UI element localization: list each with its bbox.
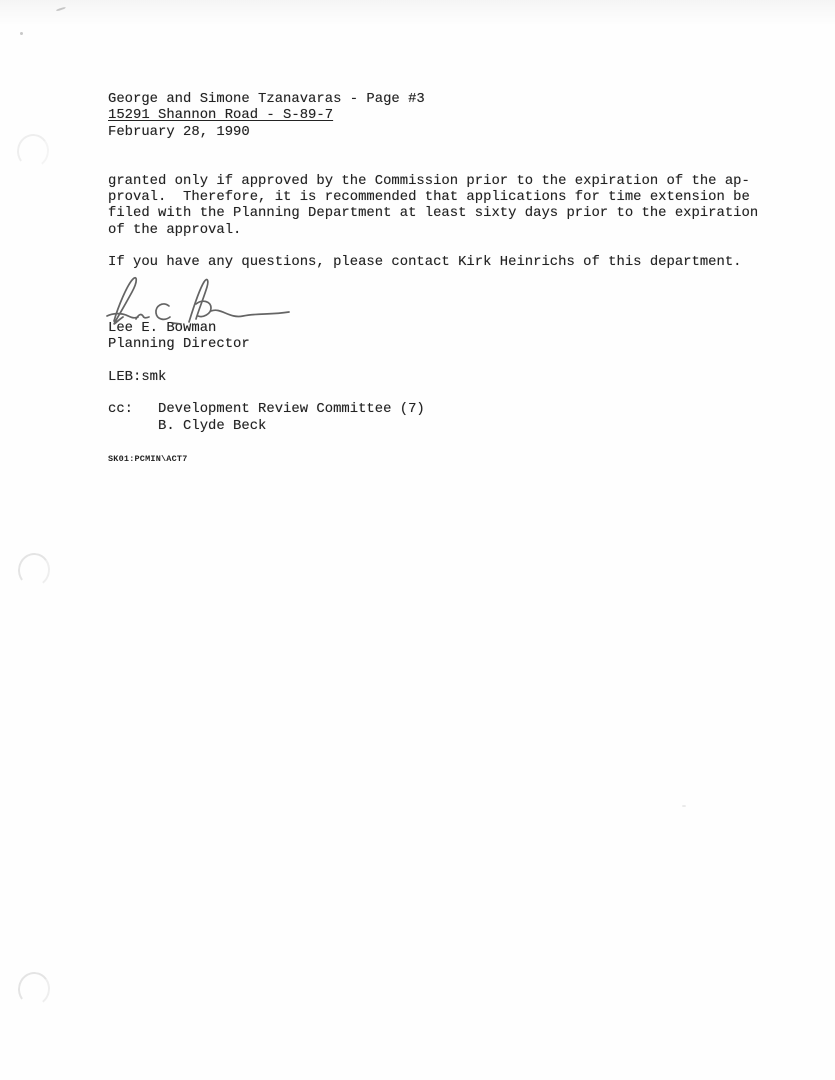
signer-name: Lee E. Bowman	[108, 320, 788, 336]
scan-speck	[56, 7, 66, 12]
hole-punch-mark	[15, 132, 51, 170]
body-paragraph-1: granted only if approved by the Commissi…	[108, 173, 788, 238]
letter-header-subject: 15291 Shannon Road - S-89-7	[108, 107, 788, 123]
cc-block: cc: Development Review Committee (7) B. …	[108, 401, 788, 434]
letter-header-date: February 28, 1990	[108, 124, 788, 140]
document-code: SK01:PCMIN\ACT7	[108, 451, 788, 467]
paragraph-line: of the approval.	[108, 222, 788, 238]
hole-punch-mark	[16, 551, 52, 589]
body-paragraph-2: If you have any questions, please contac…	[108, 254, 788, 270]
cc-line: cc: Development Review Committee (7)	[108, 401, 788, 417]
letter-header-recipient: George and Simone Tzanavaras - Page #3	[108, 91, 788, 107]
letter-content: George and Simone Tzanavaras - Page #3 1…	[108, 91, 788, 467]
paragraph-line: filed with the Planning Department at le…	[108, 205, 788, 221]
paragraph-line: granted only if approved by the Commissi…	[108, 173, 788, 189]
scan-speck	[20, 32, 23, 35]
signer-title: Planning Director	[108, 336, 788, 352]
scan-edge-shading	[0, 0, 835, 26]
cc-line: B. Clyde Beck	[108, 418, 788, 434]
paragraph-line: proval. Therefore, it is recommended tha…	[108, 189, 788, 205]
scanned-letter-page: George and Simone Tzanavaras - Page #3 1…	[0, 0, 835, 1080]
hole-punch-mark	[16, 970, 52, 1008]
scan-speck	[682, 805, 686, 807]
typist-initials: LEB:smk	[108, 369, 788, 385]
